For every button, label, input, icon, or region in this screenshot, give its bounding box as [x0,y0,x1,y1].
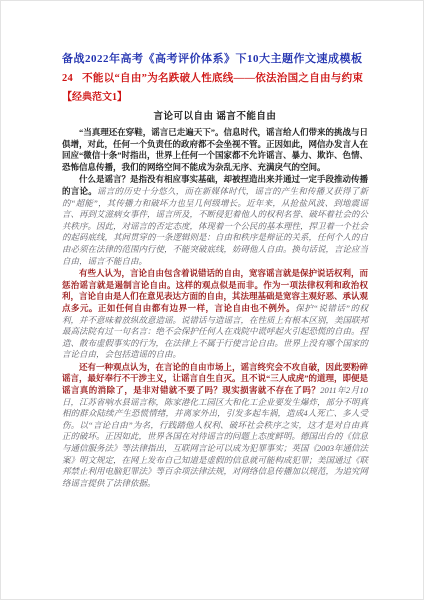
text-segment: 谣言的历史十分悠久，而在新媒体时代，谣言的产生和传播又获得了新的“超能”，其传播… [62,186,368,266]
essay-title: 言论可以自由 谣言不能自由 [62,111,368,123]
document-header-title: 备战2022年高考《高考评价体系》下10大主题作文速成模板 [62,52,368,66]
topic-heading: 24不能以“自由”为名跌破人性底线——依法治国之自由与约束 [62,72,368,85]
document-page: 备战2022年高考《高考评价体系》下10大主题作文速成模板 24不能以“自由”为… [0,0,424,600]
section-label: 【经典范文1】 [62,92,368,104]
paragraph: “当真理还在穿鞋，谣言已走遍天下”。信息时代，谣言给人们带来的挑战与日俱增，对此… [62,127,368,173]
text-segment: “当真理还在穿鞋，谣言已走遍天下”。信息时代，谣言给人们带来的挑战与日俱增，对此… [62,127,368,172]
paragraph: 什么是谣言？是指没有相应事实基础，却被捏造出来并通过一定手段推动传播的言论。谣言… [62,174,368,267]
text-segment: 2011年2月10日，江苏省响水县谣言称，陈家港化工园区大和化工企业要发生爆炸，… [62,385,368,488]
paragraph: 还有一种观点认为，在言论的自由市场上，谣言终究会不攻自破，因此要粉碎谣言，最好奉… [62,362,368,490]
topic-title: 不能以“自由”为名跌破人性底线——依法治国之自由与约束 [82,73,363,84]
topic-number: 24 [62,73,73,84]
paragraph: 有些人认为，言论自由包含着说错话的自由，宽容谣言就是保护说话权利，而惩治谣言就是… [62,268,368,361]
document-content: 备战2022年高考《高考评价体系》下10大主题作文速成模板 24不能以“自由”为… [62,52,368,490]
essay-body: “当真理还在穿鞋，谣言已走遍天下”。信息时代，谣言给人们带来的挑战与日俱增，对此… [62,127,368,489]
